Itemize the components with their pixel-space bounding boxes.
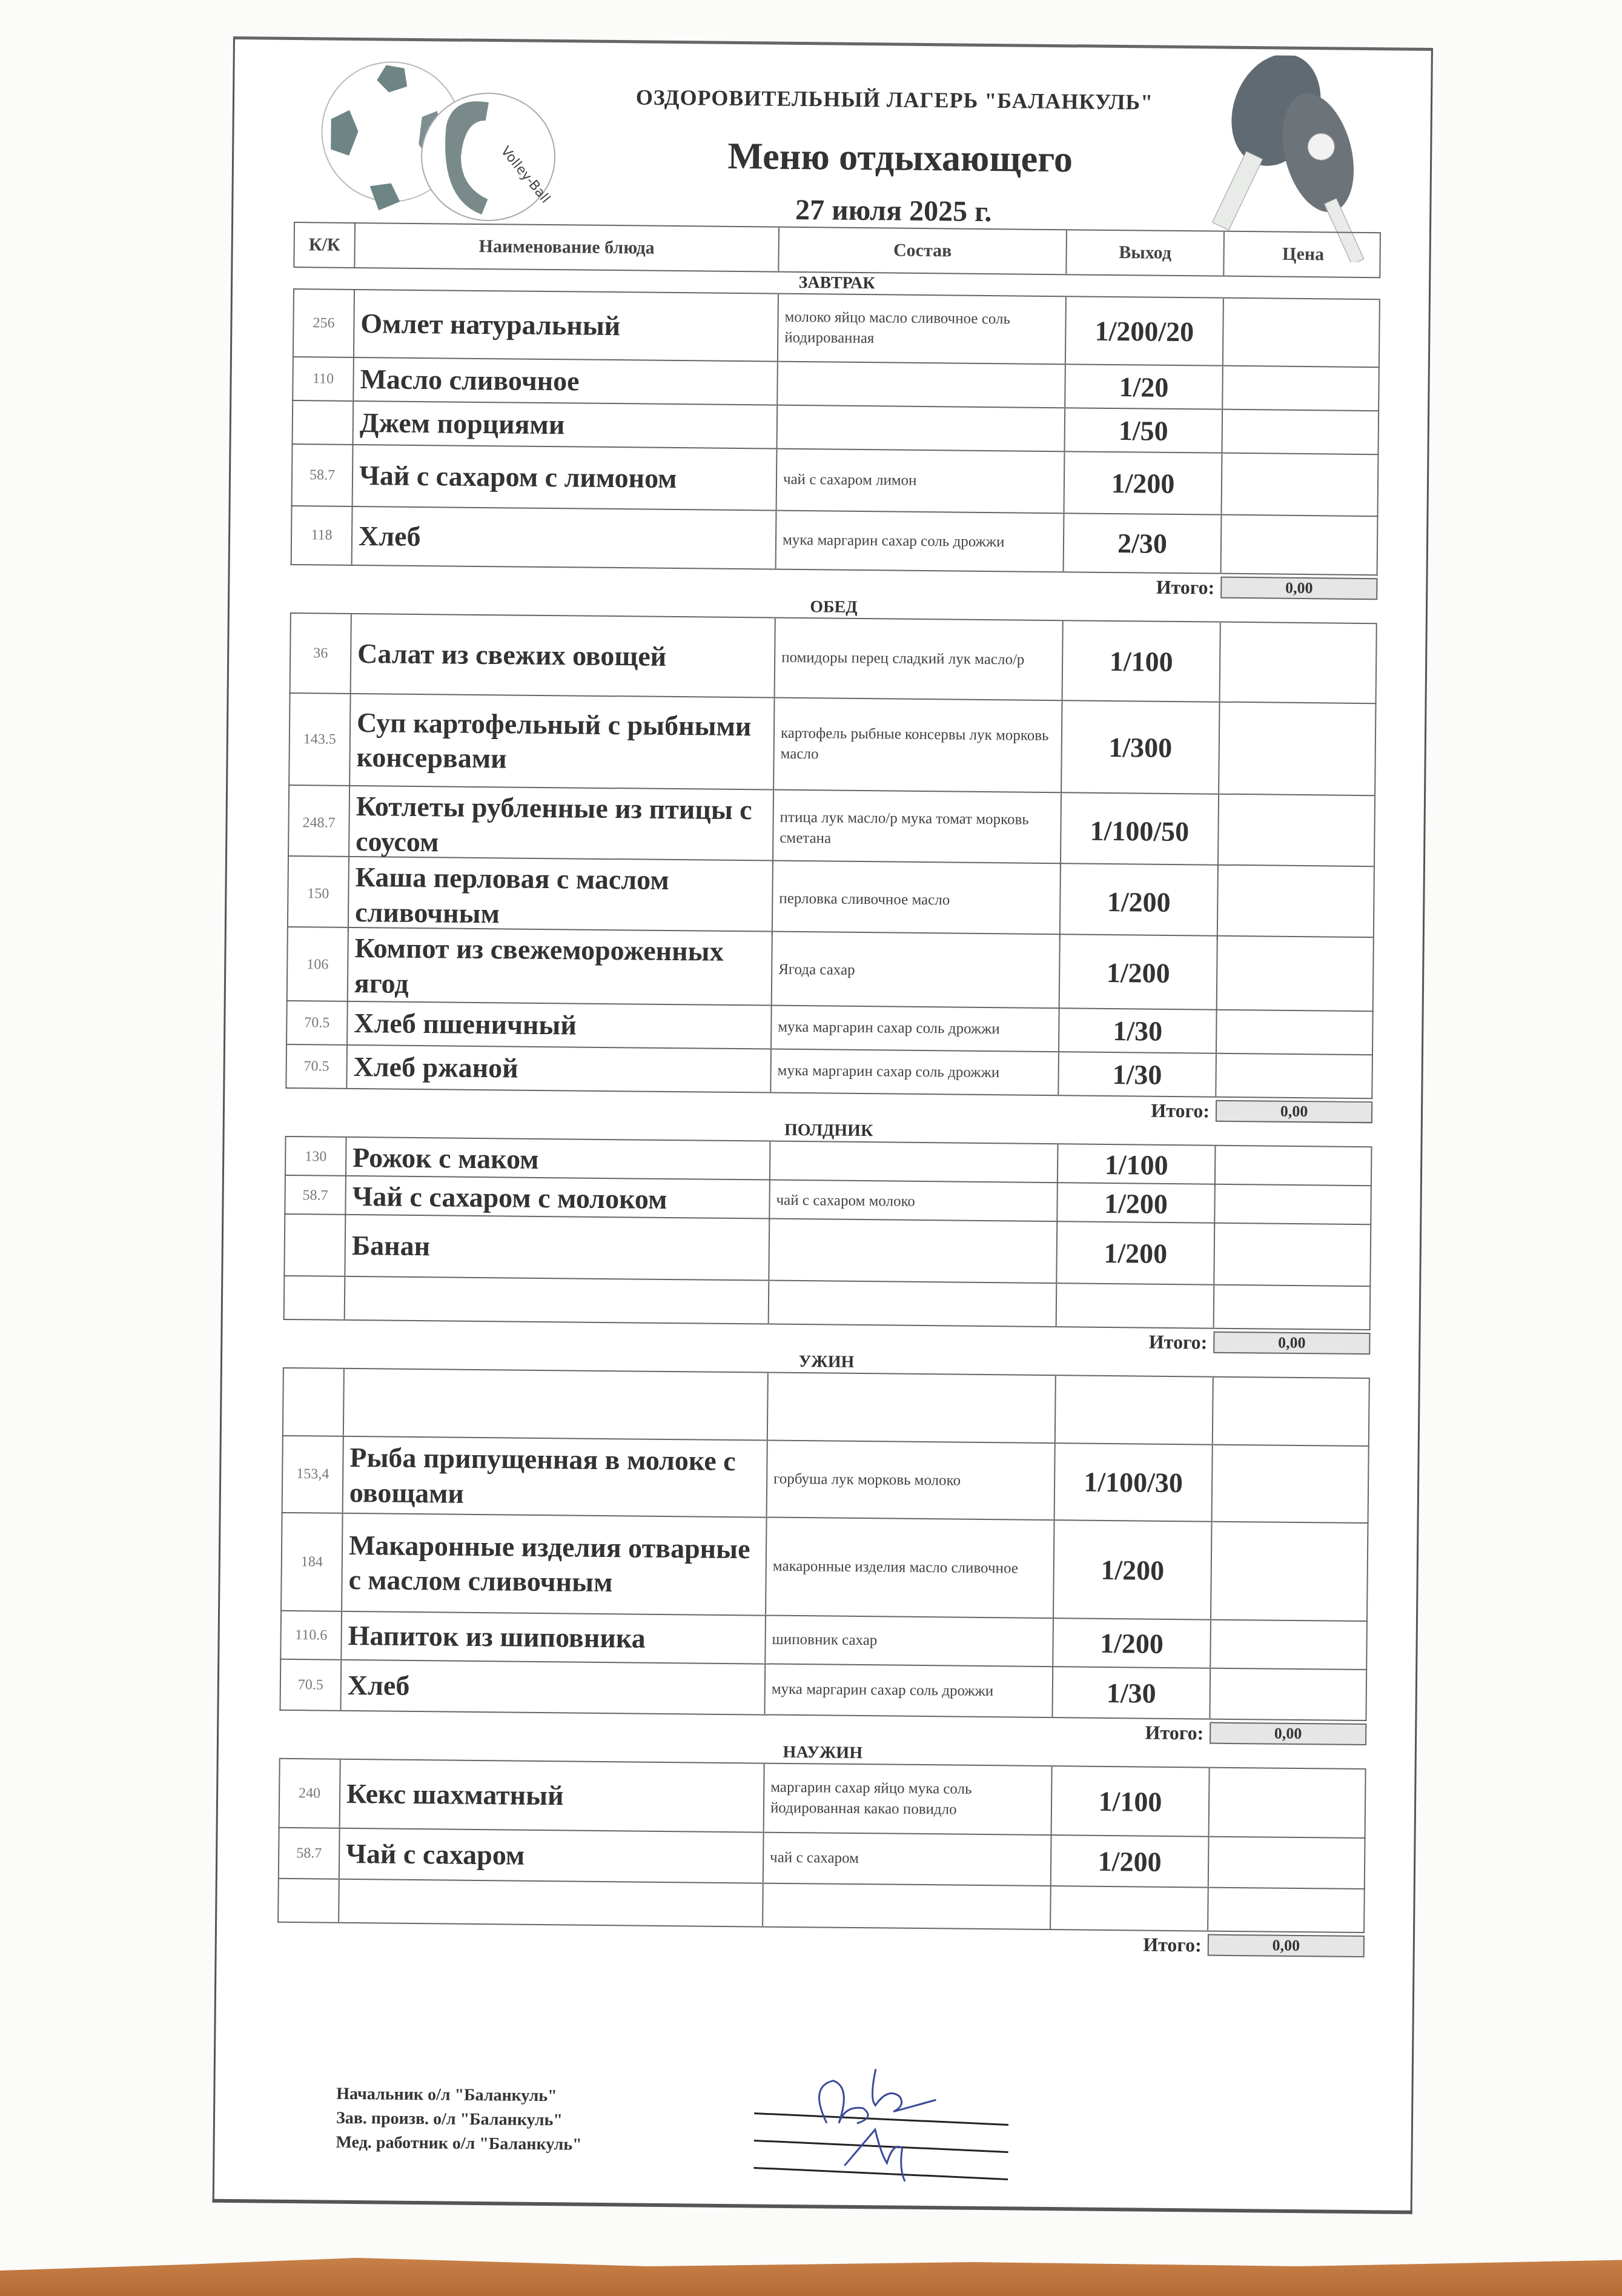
dish-yield: 1/100/50 <box>1061 793 1219 869</box>
recipe-code: 36 <box>291 614 352 693</box>
dish-yield <box>1051 1886 1209 1930</box>
dish-name: Хлеб ржаной <box>347 1046 772 1092</box>
dish-name: Чай с сахаром с молоком <box>346 1176 770 1220</box>
dish-name: Напиток из шиповника <box>342 1612 766 1664</box>
table-row: 184Макаронные изделия отварные с маслом … <box>280 1513 1368 1622</box>
dish-composition <box>763 1884 1051 1929</box>
dish-composition <box>768 1373 1056 1443</box>
dish-composition: Ягода сахар <box>772 932 1061 1010</box>
table-row: 150Каша перловая с маслом сливочнымперло… <box>287 857 1375 938</box>
recipe-code: 58.7 <box>279 1828 340 1879</box>
table-row: 240Кекс шахматныймаргарин сахар яйцо мук… <box>279 1759 1366 1839</box>
recipe-code <box>283 1369 345 1436</box>
table-surface <box>0 2254 1622 2296</box>
dish-composition <box>769 1281 1058 1327</box>
recipe-code <box>279 1879 340 1922</box>
dish-yield: 1/30 <box>1059 1052 1217 1096</box>
dish-composition: маргарин сахар яйцо мука соль йодированн… <box>764 1764 1053 1835</box>
table-row: Банан1/200 <box>283 1215 1371 1287</box>
recipe-code: 130 <box>286 1137 347 1177</box>
total-value: 0,00 <box>1208 1934 1365 1957</box>
table-row <box>282 1369 1370 1447</box>
dish-yield: 1/20 <box>1065 365 1223 408</box>
table-row: 118Хлебмука маргарин сахар соль дрожжи2/… <box>291 506 1379 576</box>
section-block: 256Омлет натуральныймолоко яйцо масло сл… <box>291 288 1380 576</box>
dish-price <box>1209 1837 1367 1888</box>
dish-price <box>1216 1054 1374 1098</box>
dish-composition <box>778 362 1066 408</box>
table-row: 153,4Рыба припущенная в молоке с овощами… <box>282 1436 1369 1524</box>
column-header-price: Цена <box>1224 232 1382 277</box>
recipe-code: 70.5 <box>287 1001 348 1044</box>
dish-composition <box>778 406 1066 451</box>
dish-name: Масло сливочное <box>354 358 778 405</box>
dish-price <box>1215 1185 1373 1226</box>
dish-price <box>1219 795 1377 871</box>
dish-name: Котлеты рубленные из птицы с соусом <box>349 786 774 865</box>
column-header-yield: Выход <box>1067 230 1225 275</box>
dish-price <box>1214 1286 1372 1329</box>
recipe-code: 110 <box>293 357 354 400</box>
recipe-code: 184 <box>282 1513 343 1611</box>
signature-role-production: Зав. произв. о/л "Баланкуль" <box>336 2106 582 2133</box>
dish-yield: 1/200 <box>1058 1183 1216 1224</box>
dish-price <box>1223 299 1382 367</box>
dish-price <box>1208 1888 1366 1932</box>
dish-name: Хлеб пшеничный <box>348 1002 772 1049</box>
section-block: 130Рожок с маком1/10058.7Чай с сахаром с… <box>283 1136 1372 1330</box>
page-title: Меню отдыхающего <box>597 134 1203 183</box>
dish-yield: 1/200 <box>1057 1222 1215 1284</box>
dish-composition: птица лук масло/р мука томат морковь сме… <box>773 791 1062 868</box>
dish-price <box>1223 367 1381 410</box>
dish-composition: молоко яйцо масло сливочное соль йодиров… <box>778 294 1067 364</box>
dish-name: Чай с сахаром с лимоном <box>353 445 778 510</box>
dish-price <box>1220 623 1379 703</box>
recipe-code: 118 <box>292 506 353 565</box>
recipe-code: 248.7 <box>289 786 350 861</box>
dish-name <box>339 1880 764 1926</box>
dish-composition: мука маргарин сахар соль дрожжи <box>772 1006 1060 1052</box>
dish-yield: 1/200/20 <box>1066 297 1224 365</box>
dish-composition <box>770 1142 1059 1184</box>
dish-yield: 1/200 <box>1051 1836 1210 1886</box>
recipe-code: 240 <box>280 1759 341 1828</box>
dish-name: Хлеб <box>341 1661 766 1714</box>
recipe-code: 153,4 <box>283 1436 344 1513</box>
total-value: 0,00 <box>1213 1332 1370 1355</box>
recipe-code: 150 <box>288 857 349 932</box>
dish-composition: перловка сливочное масло <box>773 861 1061 939</box>
dish-composition: шиповник сахар <box>766 1616 1054 1667</box>
section-block: 240Кекс шахматныймаргарин сахар яйцо мук… <box>277 1758 1366 1933</box>
dish-name: Компот из свежемороженных ягод <box>348 928 773 1007</box>
dish-yield: 1/30 <box>1053 1667 1211 1718</box>
dish-composition: мука маргарин сахар соль дрожжи <box>771 1050 1059 1095</box>
dish-price <box>1219 703 1377 795</box>
total-label: Итого: <box>1145 1721 1203 1744</box>
table-row: 106Компот из свежемороженных ягодЯгода с… <box>286 927 1374 1012</box>
dish-price <box>1222 516 1380 574</box>
dish-composition: мука маргарин сахар соль дрожжи <box>765 1665 1053 1717</box>
signature-role-head: Начальник о/л "Баланкуль" <box>336 2082 582 2109</box>
total-label: Итого: <box>1143 1933 1202 1956</box>
dish-composition: картофель рыбные консервы лук морковь ма… <box>774 698 1062 792</box>
dish-price <box>1216 1146 1374 1187</box>
recipe-code: 70.5 <box>280 1660 342 1710</box>
dish-yield: 1/100 <box>1063 621 1221 701</box>
recipe-code: 70.5 <box>286 1045 348 1088</box>
dish-price <box>1222 454 1380 516</box>
dish-yield: 1/50 <box>1065 408 1223 452</box>
dish-name: Суп картофельный с рыбными консервами <box>350 694 775 789</box>
dish-price <box>1210 1669 1368 1720</box>
dish-yield: 1/100 <box>1052 1767 1210 1836</box>
dish-yield: 1/200 <box>1054 1521 1213 1619</box>
total-value: 0,00 <box>1210 1722 1366 1745</box>
recipe-code: 106 <box>288 927 349 1003</box>
dish-composition: макаронные изделия масло сливочное <box>766 1518 1055 1618</box>
dish-name: Кекс шахматный <box>340 1760 765 1832</box>
dish-yield: 1/200 <box>1065 452 1223 514</box>
dish-name: Банан <box>345 1215 770 1280</box>
dish-price <box>1217 937 1375 1012</box>
menu-date: 27 июля 2025 г. <box>621 191 1166 230</box>
dish-price <box>1211 1621 1369 1669</box>
total-label: Итого: <box>1156 576 1215 599</box>
dish-name: Чай с сахаром <box>340 1829 764 1883</box>
dish-yield: 2/30 <box>1064 514 1222 572</box>
dish-yield: 1/100/30 <box>1055 1444 1213 1521</box>
dish-price <box>1217 1010 1375 1054</box>
dish-yield: 1/200 <box>1060 935 1218 1010</box>
dish-name: Макаронные изделия отварные с маслом сли… <box>342 1514 767 1615</box>
column-header-composition: Состав <box>779 228 1067 274</box>
dish-name: Рыба припущенная в молоке с овощами <box>343 1437 768 1517</box>
signature-role-medic: Мед. работник о/л "Баланкуль" <box>336 2131 581 2157</box>
signature-block: Начальник о/л "Баланкуль" Зав. произв. о… <box>336 2082 582 2157</box>
total-label: Итого: <box>1149 1330 1208 1353</box>
dish-name: Джем порциями <box>354 402 778 448</box>
dish-name: Хлеб <box>353 507 777 569</box>
dish-composition: чай с сахаром молоко <box>770 1181 1058 1223</box>
section-block: 36Салат из свежих овощейпомидоры перец с… <box>285 612 1377 1099</box>
dish-price <box>1214 1224 1372 1286</box>
dish-composition: чай с сахаром <box>764 1833 1052 1886</box>
dish-name <box>344 1369 769 1440</box>
dish-price <box>1213 1378 1371 1445</box>
dish-name <box>345 1277 770 1324</box>
dish-composition <box>769 1219 1058 1283</box>
recipe-code <box>293 401 354 444</box>
dish-composition: помидоры перец сладкий лук масло/р <box>775 619 1064 700</box>
recipe-code: 256 <box>294 290 355 357</box>
table-row: 143.5Суп картофельный с рыбными консерва… <box>288 694 1376 796</box>
recipe-code: 58.7 <box>285 1176 346 1216</box>
menu-sheet: Volley-Ball ОЗДОРОВИТЕЛЬНЫЙ ЛАГЕРЬ "БАЛА… <box>213 36 1433 2214</box>
recipe-code: 143.5 <box>290 694 351 785</box>
dish-composition: чай с сахаром лимон <box>777 450 1065 513</box>
column-header-dish: Наименование блюда <box>355 224 780 271</box>
dish-yield: 1/200 <box>1053 1619 1211 1667</box>
soccer-volleyball-logo-icon: Volley-Ball <box>306 58 574 224</box>
recipe-code <box>285 1215 346 1276</box>
dish-name: Каша перловая с маслом сливочным <box>349 857 773 936</box>
dish-yield: 1/300 <box>1062 701 1220 793</box>
dish-price <box>1213 1445 1371 1522</box>
dish-price <box>1218 866 1376 941</box>
dish-price <box>1211 1522 1370 1621</box>
camp-name: ОЗДОРОВИТЕЛЬНЫЙ ЛАГЕРЬ "БАЛАНКУЛЬ" <box>622 84 1167 115</box>
table-row: 248.7Котлеты рубленные из птицы с соусом… <box>288 786 1375 867</box>
menu-table: К/К Наименование блюда Состав Выход Цена… <box>277 222 1381 1960</box>
dish-composition: горбуша лук морковь молоко <box>767 1441 1056 1520</box>
dish-composition: мука маргарин сахар соль дрожжи <box>776 511 1065 572</box>
dish-yield: 1/30 <box>1059 1009 1217 1052</box>
dish-price <box>1222 410 1380 454</box>
dish-name: Рожок с маком <box>346 1138 771 1181</box>
total-value: 0,00 <box>1216 1100 1372 1123</box>
table-row: 256Омлет натуральныймолоко яйцо масло сл… <box>293 290 1380 368</box>
total-value: 0,00 <box>1220 577 1377 600</box>
table-row: 58.7Чай с сахаром с лимономчай с сахаром… <box>291 445 1379 517</box>
section-block: 153,4Рыба припущенная в молоке с овощами… <box>279 1367 1369 1721</box>
table-row: 36Салат из свежих овощейпомидоры перец с… <box>290 614 1377 704</box>
dish-yield <box>1057 1284 1215 1327</box>
dish-name: Омлет натуральный <box>354 290 779 361</box>
handwritten-signature-icon <box>753 2062 1215 2187</box>
recipe-code: 58.7 <box>293 445 354 506</box>
dish-price <box>1210 1768 1368 1837</box>
dish-yield: 1/200 <box>1061 864 1219 940</box>
recipe-code <box>285 1276 346 1319</box>
total-label: Итого: <box>1151 1099 1210 1122</box>
dish-yield: 1/100 <box>1058 1144 1216 1186</box>
dish-name: Салат из свежих овощей <box>351 614 776 697</box>
dish-yield <box>1056 1376 1214 1444</box>
column-header-code: К/К <box>294 223 356 267</box>
recipe-code: 110.6 <box>281 1611 342 1659</box>
